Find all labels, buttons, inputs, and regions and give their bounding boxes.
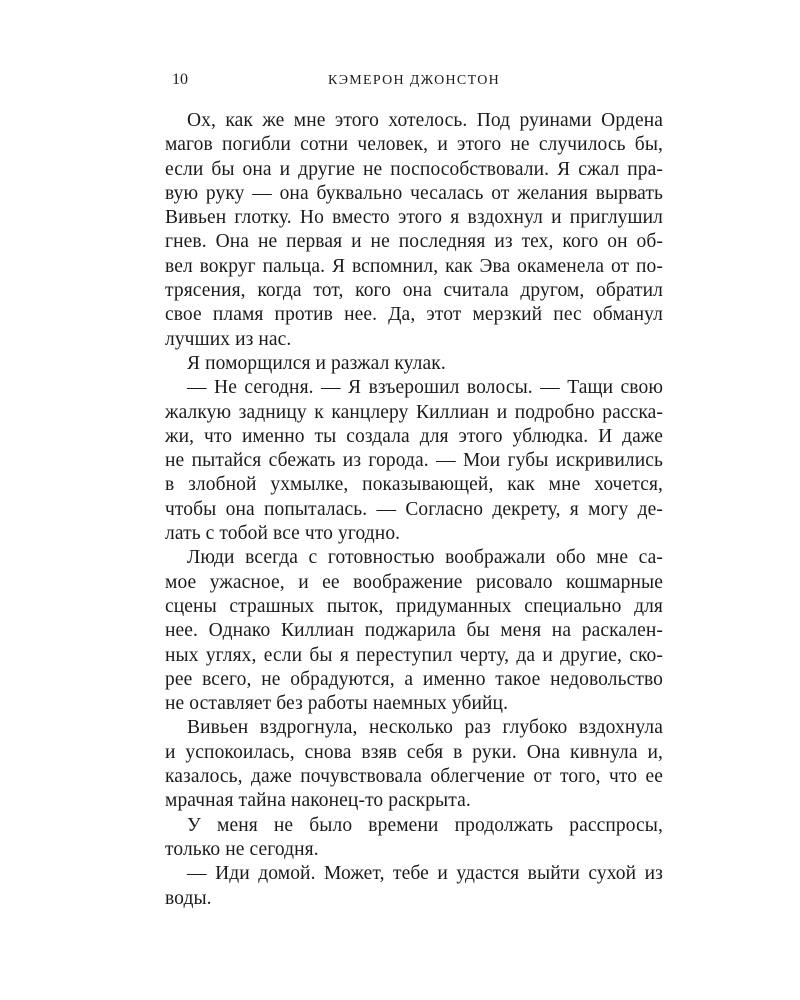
text-line: ных углях, если бы я переступил черту, д… [165,644,663,668]
paragraph: Ох, как же мне этого хотелось. Под руина… [165,109,663,352]
text-line: сцены страшных пыток, придуманных специа… [165,595,663,619]
text-line: лучших из нас. [165,328,663,352]
paragraph: — Не сегодня. — Я взъерошил волосы. — Та… [165,376,663,546]
text-line: гнев. Она не первая и не последняя из те… [165,230,663,254]
text-line: рее всего, не обрадуются, а именно такое… [165,668,663,692]
text-line: лать с тобой все что угодно. [165,522,663,546]
text-line: не пытайся сбежать из города. — Мои губы… [165,449,663,473]
text-line: — Не сегодня. — Я взъерошил волосы. — Та… [165,376,663,400]
text-line: — Иди домой. Может, тебе и удастся выйти… [165,862,663,886]
text-line: жалкую задницу к канцлеру Киллиан и подр… [165,401,663,425]
text-line: в злобной ухмылке, показывающей, как мне… [165,473,663,497]
text-line: свое пламя против нее. Да, этот мерзкий … [165,303,663,327]
book-page: 10 КЭМЕРОН ДЖОНСТОН Ох, как же мне этого… [0,0,800,1000]
text-line: трясения, когда тот, кого она считала др… [165,279,663,303]
text-line: воды. [165,887,663,911]
text-line: У меня не было времени продолжать расспр… [165,814,663,838]
text-line: не оставляет без работы наемных убийц. [165,692,663,716]
page-body: Ох, как же мне этого хотелось. Под руина… [165,109,663,911]
text-line: Люди всегда с готовностью воображали обо… [165,546,663,570]
text-line: нее. Однако Киллиан поджарила бы меня на… [165,619,663,643]
text-line: вую руку — она буквально чесалась от жел… [165,182,663,206]
text-line: вел вокруг пальца. Я вспомнил, как Эва о… [165,255,663,279]
text-line: жи, что именно ты создала для этого ублю… [165,425,663,449]
text-line: только не сегодня. [165,838,663,862]
text-line: Вивьен глотку. Но вместо этого я вздохну… [165,206,663,230]
paragraph: — Иди домой. Может, тебе и удастся выйти… [165,862,663,911]
text-line: мрачная тайна наконец-то раскрыта. [165,789,663,813]
running-head: КЭМЕРОН ДЖОНСТОН [165,71,663,91]
paragraph: Люди всегда с готовностью воображали обо… [165,546,663,716]
paragraph: Я поморщился и разжал кулак. [165,352,663,376]
text-line: Ох, как же мне этого хотелось. Под руина… [165,109,663,133]
text-line: Вивьен вздрогнула, несколько раз глубоко… [165,716,663,740]
paragraph: У меня не было времени продолжать расспр… [165,814,663,863]
page-header: 10 КЭМЕРОН ДЖОНСТОН [165,70,663,92]
paragraph: Вивьен вздрогнула, несколько раз глубоко… [165,716,663,813]
text-line: если бы она и другие не поспособствовали… [165,158,663,182]
text-line: казалось, даже почувствовала облегчение … [165,765,663,789]
text-line: Я поморщился и разжал кулак. [165,352,663,376]
text-line: чтобы она попыталась. — Согласно декрету… [165,498,663,522]
text-line: магов погибли сотни человек, и этого не … [165,133,663,157]
text-line: мое ужасное, и ее воображение рисовало к… [165,571,663,595]
text-line: и успокоилась, снова взяв себя в руки. О… [165,741,663,765]
